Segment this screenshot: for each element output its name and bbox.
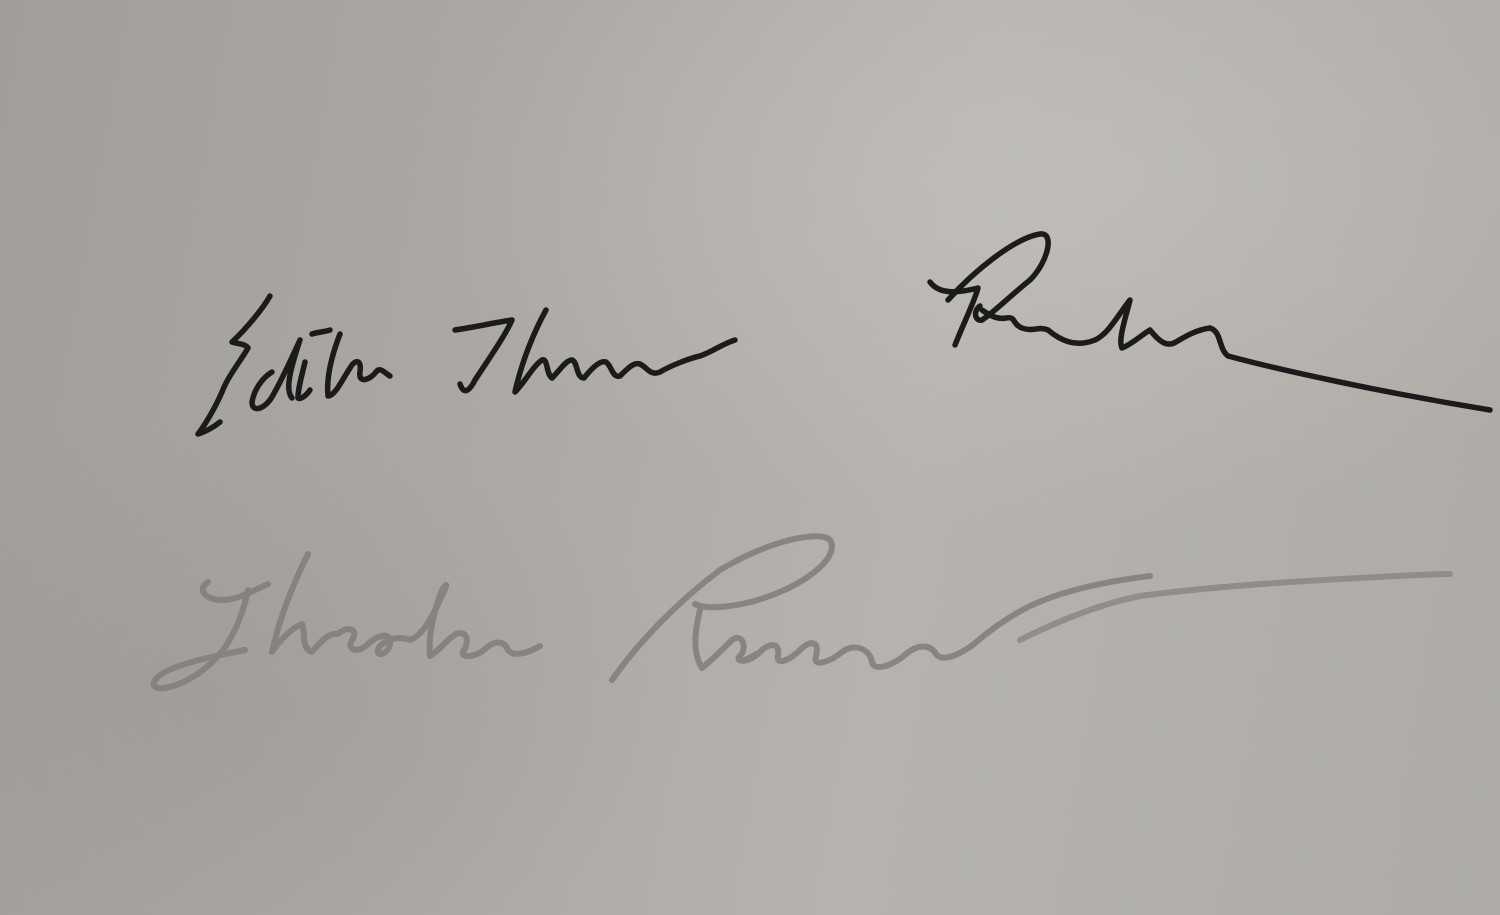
paper-background: Edith Kermit Roosevelt Theodore Roosevel… bbox=[0, 0, 1500, 915]
signature-theodore-roosevelt bbox=[154, 536, 1450, 688]
signature-edith-kermit-roosevelt bbox=[198, 234, 1490, 434]
signatures-canvas bbox=[0, 0, 1500, 915]
